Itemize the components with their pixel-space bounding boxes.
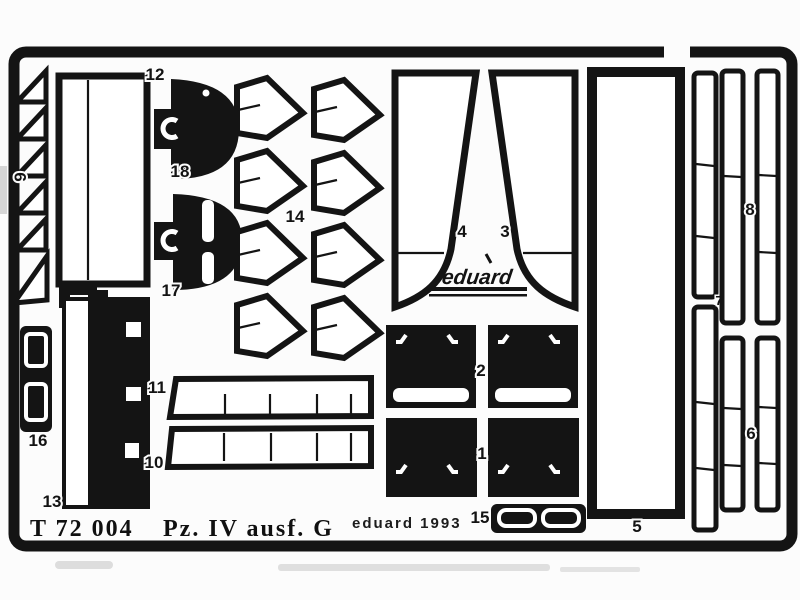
part-label-18: 18 [171,162,190,181]
frame-gap [664,44,690,62]
part-16-bracket: 16 [20,326,52,450]
slot [202,200,214,242]
slot [495,388,571,402]
square-hole [126,387,141,401]
pilot-hole [203,90,210,97]
hinge-tab [154,109,187,149]
square-hole [126,322,141,337]
part-label-11: 11 [148,378,166,397]
part-label-3: 3 [500,222,509,241]
product-name: Pz. IV ausf. G [163,516,334,542]
scan-smudge [0,166,7,214]
scan-smudge [560,567,640,572]
part-11-fender: 11 [148,378,371,417]
product-code: T 72 004 [30,516,134,542]
part-label-15: 15 [471,508,490,527]
part-label-2: 2 [476,361,485,380]
photoetch-sheet-scan: 9 12 18 17 14 1 [0,0,800,600]
part-label-16: 16 [29,431,48,450]
logo-text: eduard [440,266,514,289]
part-10-fender: 10 [145,428,371,472]
part-label-6: 6 [746,424,755,443]
part-label-9: 9 [11,172,30,181]
part-5-panel: 5 [592,72,680,536]
scan-smudge [278,564,550,571]
scan-smudge [55,561,113,569]
slot [393,388,469,402]
part-label-12: 12 [146,65,165,84]
part-label-4: 4 [457,222,467,241]
part-label-10: 10 [145,453,164,472]
logo-underline [429,294,527,297]
logo-underline [429,287,527,291]
brand-year-stamp: eduard 1993 [352,515,462,532]
part-label-17: 17 [162,281,181,300]
etched-fret-drawing: 9 12 18 17 14 1 [0,0,800,600]
part-label-14: 14 [286,207,305,226]
hinge-tab [154,222,187,260]
part-label-13: 13 [43,492,62,511]
slot [202,252,214,284]
square-hole [125,443,139,458]
part-12-panel: 12 [59,65,164,308]
part-label-8: 8 [745,200,754,219]
part-label-1: 1 [477,444,486,463]
part-label-5: 5 [632,517,641,536]
attachment-tab [88,290,108,300]
open-strip [66,301,88,505]
